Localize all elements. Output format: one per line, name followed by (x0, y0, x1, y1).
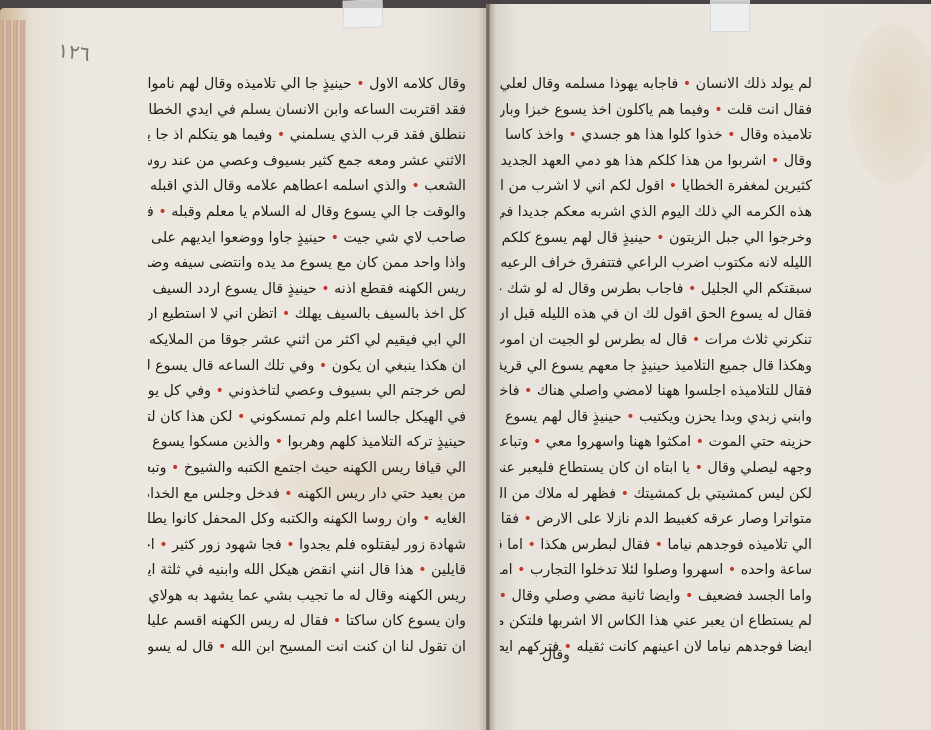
rubric-dot: • (669, 178, 677, 194)
manuscript-line: الي ابي فيقيم لي اكثر من اثني عشر جوقا م… (148, 328, 466, 354)
catchword: وقال (542, 647, 570, 663)
rubric-dot: • (500, 588, 507, 604)
manuscript-line: وهكذا قال جميع التلاميذ حينيذٍ جا معهم ي… (500, 354, 812, 380)
manuscript-line: كل اخذ بالسيف بالسيف يهلك • اتظن اني لا … (148, 302, 466, 328)
manuscript-line: ريس الكهنه فقطع اذنه • حينيذٍ قال يسوع ا… (148, 277, 466, 303)
manuscript-line: وابني زبدي وبدا يحزن ويكتيب • حينيذٍ قال… (500, 405, 812, 431)
manuscript-line: تنكرني ثلاث مرات • قال له بطرس لو الجيت … (500, 328, 812, 354)
rubric-dot: • (656, 230, 664, 246)
manuscript-line: الغايه • وان روسا الكهنه والكتبه وكل الم… (148, 507, 466, 533)
rubric-dot: • (524, 511, 532, 527)
rubric-dot: • (771, 153, 779, 169)
rubric-dot: • (533, 434, 541, 450)
manuscript-line: متواترا وصار عرقه كغبيط الدم نازلا على ا… (500, 507, 812, 533)
book-gutter (486, 4, 490, 730)
manuscript-line: وان يسوع كان ساكتا • فقال له ريس الكهنه … (148, 609, 466, 635)
manuscript-line: فقال له يسوع الحق اقول لك ان في هذه اللي… (500, 302, 812, 328)
rubric-dot: • (517, 562, 525, 578)
manuscript-line: حزينه حتي الموت • امكثوا ههنا واسهروا مع… (500, 430, 812, 456)
rubric-dot: • (218, 639, 226, 655)
open-manuscript: ١٢٦ وقال كلامه الاول • حينيذٍ جا الي تلا… (0, 0, 931, 730)
manuscript-line: قايلين • هذا قال انني انقض هيكل الله واب… (148, 558, 466, 584)
manuscript-line: الي قيافا ريس الكهنه حيث اجتمع الكتبه وا… (148, 456, 466, 482)
manuscript-line: حينيذٍ تركه التلاميذ كلهم وهربوا • والذي… (148, 430, 466, 456)
manuscript-line: الاثني عشر ومعه جمع كثير بسيوف وعصي من ع… (148, 149, 466, 175)
rubric-dot: • (321, 281, 329, 297)
manuscript-line: ساعة واحده • اسهروا وصلوا لئلا تدخلوا ال… (500, 558, 812, 584)
tape-strip (710, 0, 750, 32)
rubric-dot: • (626, 409, 634, 425)
manuscript-line: وخرجوا الي جبل الزيتون • حينيذٍ قال لهم … (500, 226, 812, 252)
rubric-dot: • (422, 511, 430, 527)
rubric-dot: • (527, 537, 535, 553)
left-page-text: وقال كلامه الاول • حينيذٍ جا الي تلاميذه… (148, 72, 466, 661)
rubric-dot: • (277, 127, 285, 143)
rubric-dot: • (237, 409, 245, 425)
manuscript-line: شهادة زور ليقتلوه فلم يجدوا • فجا شهود ز… (148, 533, 466, 559)
manuscript-line: تلاميذه وقال • خذوا كلوا هذا هو جسدي • و… (500, 123, 812, 149)
manuscript-line: من بعيد حتي دار ريس الكهنه • فدخل وجلس م… (148, 482, 466, 508)
manuscript-line: فقد اقتربت الساعه وابن الانسان يسلم في ا… (148, 98, 466, 124)
manuscript-line: ريس الكهنه وقال له ما تجيب بشي عما يشهد … (148, 584, 466, 610)
rubric-dot: • (411, 178, 419, 194)
rubric-dot: • (159, 537, 167, 553)
rubric-dot: • (727, 127, 735, 143)
tape-strip (343, 0, 384, 29)
rubric-dot: • (158, 204, 166, 220)
manuscript-line: كثيرين لمغفرة الخطايا • اقول لكم اني لا … (500, 174, 812, 200)
rubric-dot: • (171, 460, 179, 476)
rubric-dot: • (728, 562, 736, 578)
manuscript-line: وجهه ليصلي وقال • يا ابتاه ان كان يستطاع… (500, 456, 812, 482)
rubric-dot: • (319, 358, 327, 374)
rubric-dot: • (683, 76, 691, 92)
manuscript-line: الليله لانه مكتوب اضرب الراعي فتتفرق خرا… (500, 251, 812, 277)
rubric-dot: • (692, 332, 700, 348)
fore-edge (0, 20, 26, 730)
rubric-dot: • (696, 434, 704, 450)
rubric-dot: • (282, 306, 290, 322)
manuscript-line: ان هكذا ينبغي ان يكون • وفي تلك الساعه ق… (148, 354, 466, 380)
manuscript-line: وقال • اشربوا من هذا كلكم هذا هو دمي الع… (500, 149, 812, 175)
manuscript-line: فقال للتلاميذه اجلسوا ههنا لامضي واصلي ه… (500, 379, 812, 405)
rubric-dot: • (275, 434, 283, 450)
manuscript-line: سبقتكم الي الجليل • فاجاب بطرس وقال له ل… (500, 277, 812, 303)
rubric-dot: • (333, 613, 341, 629)
manuscript-line: الي تلاميذه فوجدهم نياما • فقال لبطرس هك… (500, 533, 812, 559)
rubric-dot: • (695, 460, 703, 476)
manuscript-line: واما الجسد فضعيف • وايضا ثانية مضي وصلي … (500, 584, 812, 610)
rubric-dot: • (356, 76, 364, 92)
folio-number: ١٢٦ (56, 38, 91, 66)
manuscript-line: ننطلق فقد قرب الذي يسلمني • وفيما هو يتك… (148, 123, 466, 149)
rubric-dot: • (621, 486, 629, 502)
rubric-dot: • (524, 383, 532, 399)
manuscript-line: الشعب • والذي اسلمه اعطاهم علامه وقال ال… (148, 174, 466, 200)
rubric-dot: • (418, 562, 426, 578)
manuscript-line: صاحب لاي شي جيت • حينيذٍ جاوا ووضعوا ايد… (148, 226, 466, 252)
water-stain (848, 24, 931, 184)
manuscript-line: والوقت جا الي يسوع وقال له السلام يا معل… (148, 200, 466, 226)
rubric-dot: • (685, 588, 693, 604)
manuscript-line: وقال كلامه الاول • حينيذٍ جا الي تلاميذه… (148, 72, 466, 98)
manuscript-line: لم يستطاع ان يعبر عني هذا الكاس الا اشرب… (500, 609, 812, 635)
rubric-dot: • (216, 383, 224, 399)
manuscript-line: في الهيكل جالسا اعلم ولم تمسكوني • لكن ه… (148, 405, 466, 431)
rubric-dot: • (688, 281, 696, 297)
manuscript-line: لص خرجتم الي بسيوف وعصي لتاخذوني • وفي ك… (148, 379, 466, 405)
manuscript-line: لكن ليس كمشيتي بل كمشيتك • فظهر له ملاك … (500, 482, 812, 508)
manuscript-line: ان تقول لنا ان كنت انت المسيح ابن الله •… (148, 635, 466, 661)
manuscript-line: فقال انت قلت • وفيما هم ياكلون اخذ يسوع … (500, 98, 812, 124)
rubric-dot: • (655, 537, 663, 553)
manuscript-line: هذه الكرمه الي ذلك اليوم الذي اشربه معكم… (500, 200, 812, 226)
right-page-text: لم يولد ذلك الانسان • فاجابه يهوذا مسلمه… (500, 72, 812, 661)
manuscript-line: واذا واحد ممن كان مع يسوع مد يده وانتضى … (148, 251, 466, 277)
rubric-dot: • (331, 230, 339, 246)
manuscript-line: لم يولد ذلك الانسان • فاجابه يهوذا مسلمه… (500, 72, 812, 98)
rubric-dot: • (286, 537, 294, 553)
rubric-dot: • (568, 127, 576, 143)
rubric-dot: • (284, 486, 292, 502)
rubric-dot: • (714, 102, 722, 118)
